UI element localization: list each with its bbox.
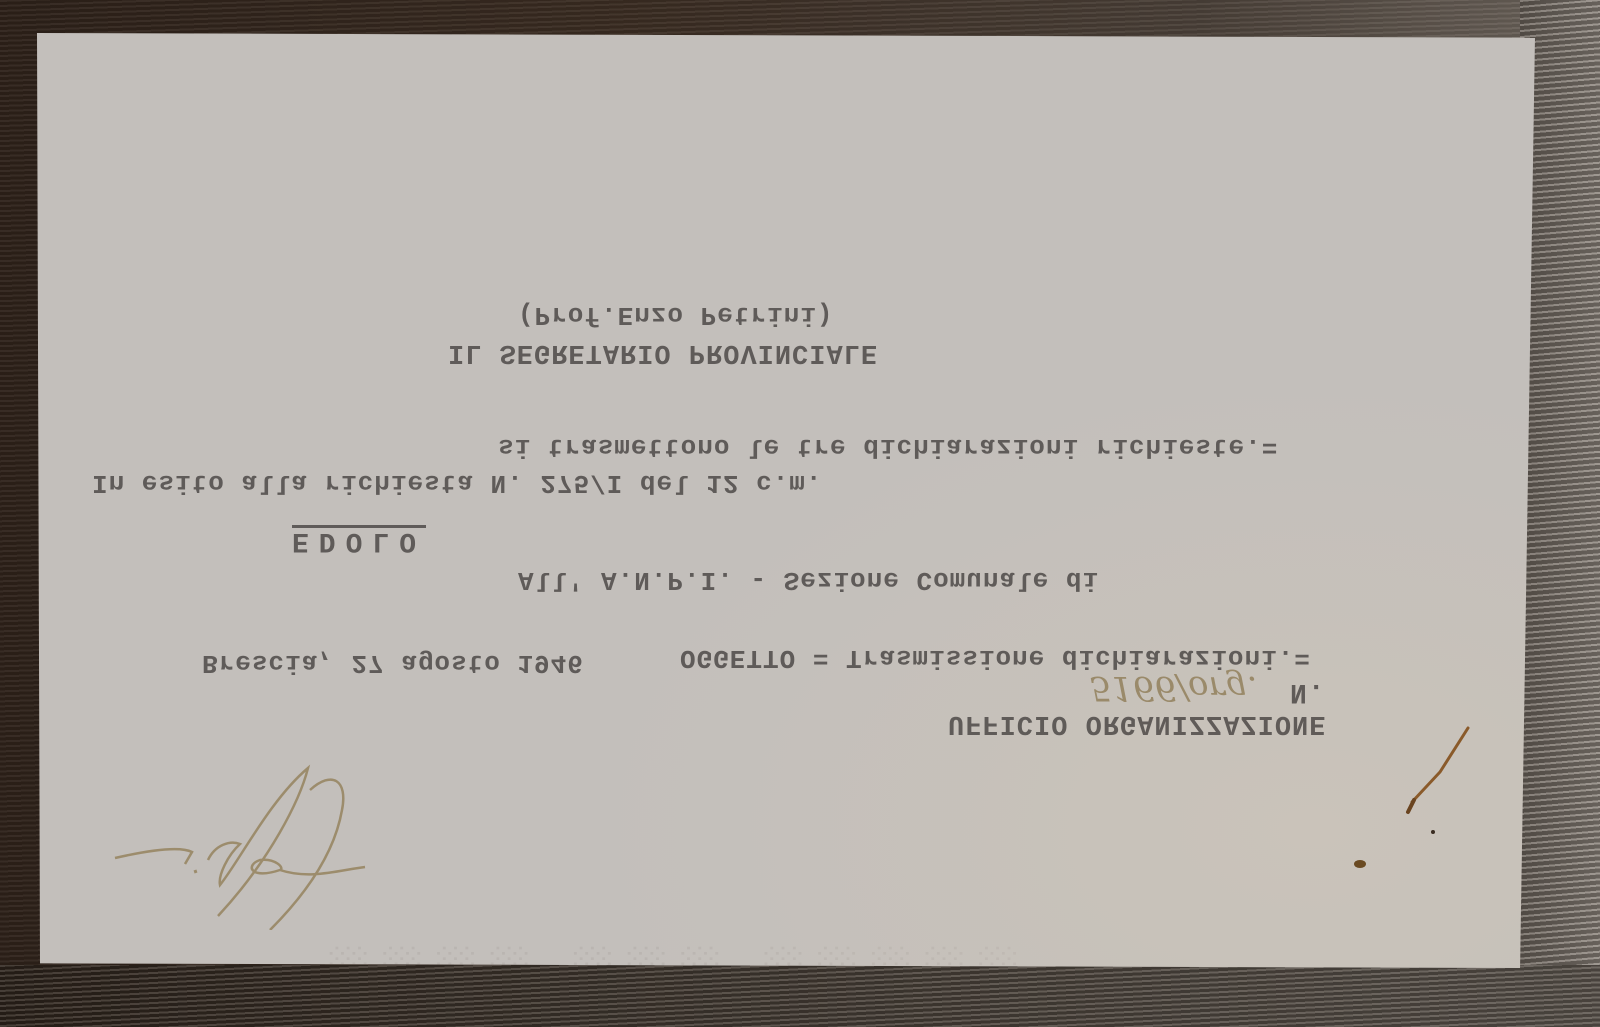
recipient-town: EDOLO <box>292 525 426 556</box>
office-heading: UFFICIO ORGANIZZAZIONE <box>948 708 1326 738</box>
signatory-name: (Prof.Enzo Petrini) <box>518 300 833 330</box>
protocol-prefix: N. <box>1290 676 1326 707</box>
body-line-1: In esito alla richiesta N. 275/I del 12 … <box>92 468 823 498</box>
protocol-number-handwritten: 5166/org. <box>1090 668 1257 708</box>
recipient-line: All' A.N.P.I. - Sezione Comunale di <box>518 565 1099 595</box>
subject-line: OGGETTO = Trasmissione dichiarazioni.= <box>680 643 1311 673</box>
handwritten-signature <box>100 740 380 930</box>
signature-title: IL SEGRETARIO PROVINCIALE <box>448 337 878 367</box>
place-date: Brescia, 27 agosto 1946 <box>202 648 584 678</box>
rust-stain <box>1340 720 1480 880</box>
body-line-2: si trasmettono le tre dichiarazioni rich… <box>498 432 1278 462</box>
wood-background-bottom <box>0 965 1600 1027</box>
